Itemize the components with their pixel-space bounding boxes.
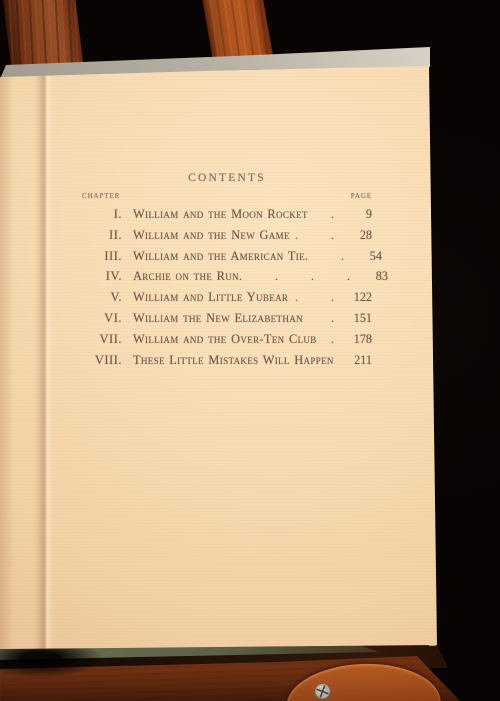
page-number: 83 <box>358 266 388 287</box>
chapter-title: These Little Mistakes Will Happen <box>133 350 334 371</box>
leader-dots: . <box>331 204 334 225</box>
chapter-numeral: VII. <box>82 329 122 350</box>
toc-entry: II. William and the New Game . . 28 <box>82 225 372 246</box>
leader-dots: . . . . <box>239 266 350 287</box>
chapter-column-label: CHAPTER <box>82 191 120 201</box>
toc-entry: I. William and the Moon Rocket . 9 <box>82 204 372 225</box>
page-title: CONTENTS <box>82 172 372 185</box>
page-number: 122 <box>342 287 372 308</box>
chapter-title: Archie on the Run <box>133 266 239 287</box>
chapter-numeral: V. <box>82 287 122 308</box>
leader-dots: . <box>331 308 334 329</box>
chapter-numeral: II. <box>82 225 122 246</box>
chapter-numeral: VI. <box>82 308 122 329</box>
chapter-title: William and Little Yubear <box>133 287 288 308</box>
toc-entry: VII. William and the Over-Ten Club . 178 <box>82 329 372 350</box>
toc-column-headers: CHAPTER PAGE <box>82 191 372 201</box>
chapter-numeral: III. <box>82 246 122 267</box>
page-gutter-crease <box>33 74 55 651</box>
screw-head <box>313 682 332 701</box>
page-number: 178 <box>342 329 372 350</box>
toc-entries: I. William and the Moon Rocket . 9 II. W… <box>82 204 372 370</box>
page-number: 9 <box>342 204 372 225</box>
toc-entry: III. William and the American Tie . . 54 <box>82 246 372 267</box>
page-number: 151 <box>342 308 372 329</box>
chapter-title: William and the Moon Rocket <box>133 204 308 225</box>
easel-bracket <box>285 661 440 701</box>
easel-post-left <box>2 0 83 72</box>
chapter-title: William and the American Tie <box>133 246 305 267</box>
page-number: 211 <box>342 350 372 371</box>
chapter-numeral: VIII. <box>82 350 122 371</box>
chapter-title: William and the Over-Ten Club <box>133 329 317 350</box>
table-of-contents: CONTENTS CHAPTER PAGE I. William and the… <box>82 172 372 370</box>
page-number: 28 <box>342 225 372 246</box>
page-number: 54 <box>352 246 382 267</box>
leader-dots: . <box>331 329 334 350</box>
toc-entry: IV. Archie on the Run . . . . 83 <box>82 266 372 287</box>
chapter-numeral: IV. <box>82 266 122 287</box>
book-page: CONTENTS CHAPTER PAGE I. William and the… <box>0 0 500 701</box>
leader-dots: . . <box>305 246 344 267</box>
leader-dots: . . <box>295 287 334 308</box>
leader-dots: . . <box>295 225 334 246</box>
toc-entry: V. William and Little Yubear . . 122 <box>82 287 372 308</box>
page-column-label: PAGE <box>351 191 372 201</box>
photo-stage: CONTENTS CHAPTER PAGE I. William and the… <box>0 0 500 701</box>
chapter-title: William the New Elizabethan <box>133 308 303 329</box>
chapter-title: William and the New Game <box>133 225 290 246</box>
toc-entry: VI. William the New Elizabethan . 151 <box>82 308 372 329</box>
chapter-numeral: I. <box>82 204 122 225</box>
toc-entry: VIII. These Little Mistakes Will Happen … <box>82 350 372 371</box>
